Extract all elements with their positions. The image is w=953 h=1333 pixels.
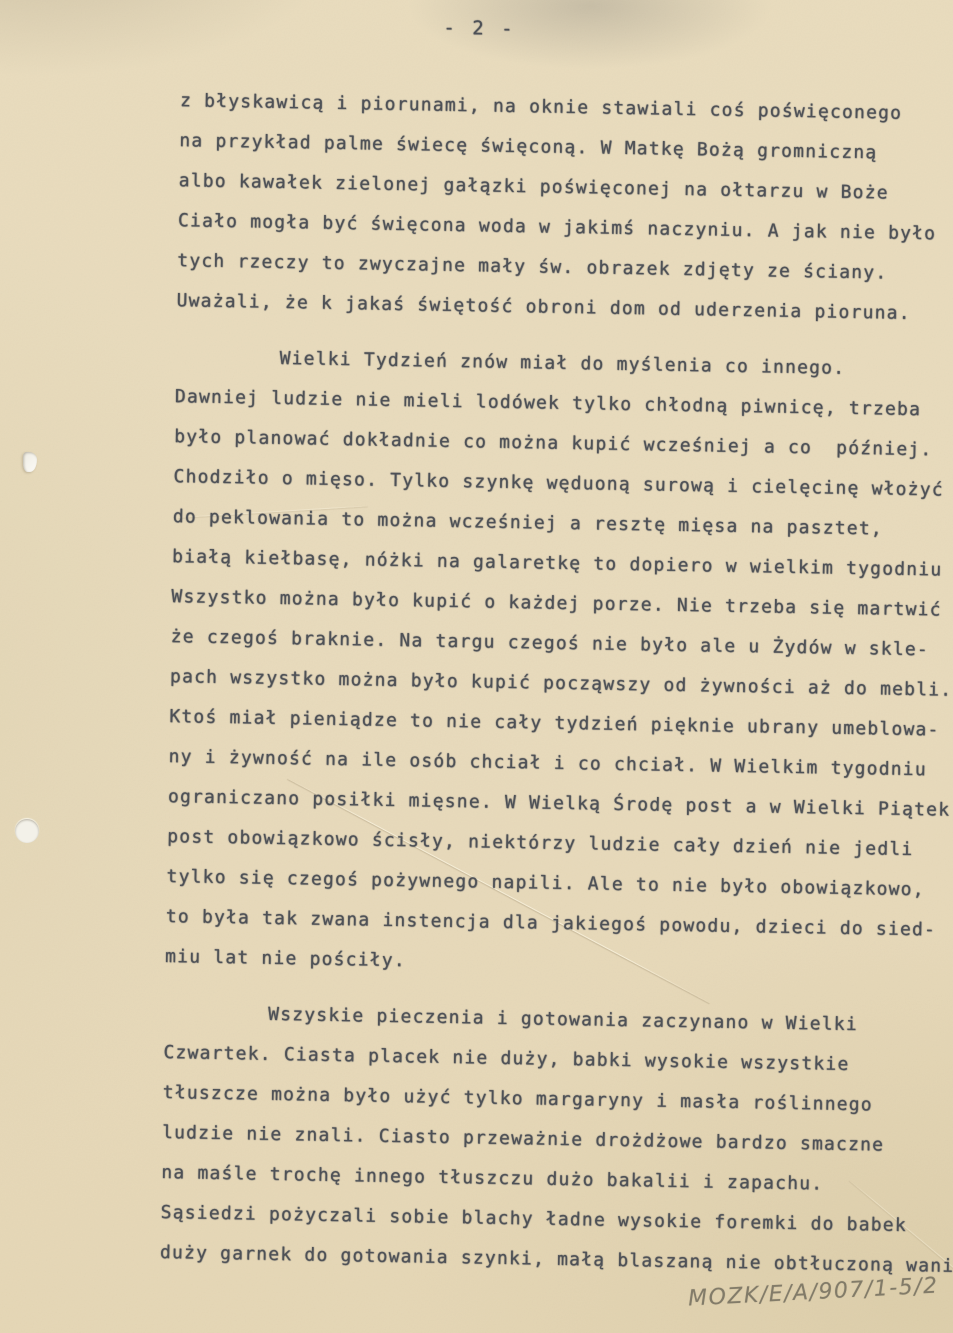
punch-hole-icon xyxy=(15,819,39,843)
paragraph: z błyskawicą i piorunami, na oknie stawi… xyxy=(176,81,953,335)
typed-content: - 2 - z błyskawicą i piorunami, na oknie… xyxy=(160,0,953,1287)
punch-hole-icon xyxy=(23,452,37,472)
typewritten-archive-page: - 2 - z błyskawicą i piorunami, na oknie… xyxy=(0,0,953,1333)
paragraph: Wszyskie pieczenia i gotowania zaczynano… xyxy=(160,993,953,1287)
paragraph: Wielki Tydzień znów miał do myślenia co … xyxy=(165,337,953,991)
page-number: - 2 - xyxy=(443,5,953,48)
document-body: z błyskawicą i piorunami, na oknie stawi… xyxy=(160,81,953,1287)
